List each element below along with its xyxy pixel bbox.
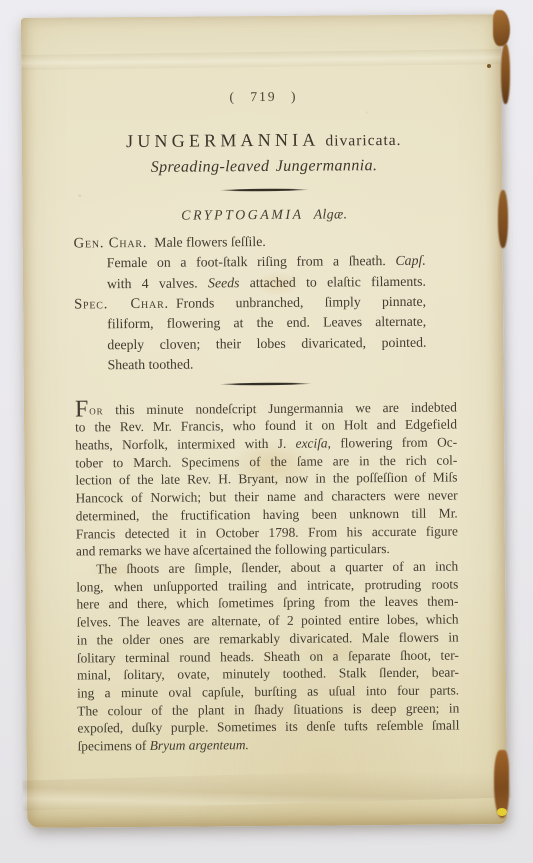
scanned-book-photo: ( 719 ) JUNGERMANNIAdivaricata. Spreadin… <box>0 0 533 863</box>
text-run: tober to March. Specimens of the ſame ar… <box>75 452 457 470</box>
text-run: determined, the fructification having be… <box>76 505 458 523</box>
text-run: Capſ. <box>395 253 425 268</box>
text-run: Seeds <box>208 275 240 290</box>
printed-content: ( 719 ) JUNGERMANNIAdivaricata. Spreadin… <box>72 14 460 755</box>
text-line: deeply cloven; their lobes divaricated, … <box>74 333 426 356</box>
text-run: here and there, which ſometimes ſpring f… <box>76 594 458 612</box>
text-run: ſelves. The leaves are alternate, of 2 p… <box>77 612 459 630</box>
body-paragraph: The ſhoots are ſimple, ſlender, about a … <box>76 557 460 755</box>
text-run: or <box>89 402 103 417</box>
swelled-rule <box>210 188 318 193</box>
species-name: divaricata. <box>325 132 401 150</box>
text-run: with 4 valves. <box>107 275 208 291</box>
text-run: Sheath toothed. <box>107 357 193 373</box>
text-run: long, when unſupported trailing and intr… <box>76 576 458 594</box>
text-run: Hancock of Norwich; but their name and c… <box>76 488 458 506</box>
text-run: heaths, Norfolk, intermixed with J. <box>75 436 296 453</box>
text-run: minal, ſolitary, ovate, minutely toothed… <box>77 665 459 683</box>
text-line: in the older ones are remarkably divaric… <box>77 628 459 649</box>
text-run: in the older ones are remarkably divaric… <box>77 629 459 647</box>
text-run: exciſa <box>296 436 328 451</box>
text-run: lection of the late Rev. H. Bryant, now … <box>75 470 457 488</box>
page-number: ( 719 ) <box>72 86 454 107</box>
class-name: CRYPTOGAMIA <box>181 207 304 223</box>
genus-name: JUNGERMANNIA <box>126 129 320 151</box>
text-run: this minute nondeſcript Jungermannia we … <box>103 399 457 417</box>
page-edge-wear <box>501 44 510 104</box>
text-line: ſpecimens of Bryum argenteum. <box>77 734 459 755</box>
text-run: expoſed, duſky purple. Sometimes its den… <box>77 718 459 736</box>
text-run: ſpecimens of <box>77 738 149 754</box>
order-name: Algæ. <box>314 206 348 221</box>
text-run: attached to elaſtic filaments. <box>239 273 426 289</box>
text-run: ing a minute oval capſule, burſting as u… <box>77 682 459 700</box>
page-title: JUNGERMANNIAdivaricata. <box>73 130 455 152</box>
text-run: Francis detected it in October 1798. Fro… <box>76 523 458 541</box>
text-line: Spec. Char.Fronds unbranched, ſimply pin… <box>74 292 426 315</box>
text-line: expoſed, duſky purple. Sometimes its den… <box>77 717 459 738</box>
text-run: to the Rev. Mr. Francis, who found it on… <box>75 417 457 435</box>
text-run: ſolitary terminal round heads. Sheath on… <box>77 647 459 665</box>
text-run: Bryum argenteum. <box>150 737 249 753</box>
page-fold-bottom <box>23 767 512 810</box>
text-run: Fronds unbranched, ſimply pinnate, <box>176 294 426 311</box>
text-run: , flowering from Oc- <box>328 435 458 451</box>
text-line: Francis detected it in October 1798. Fro… <box>76 522 458 543</box>
specific-character-block: Spec. Char.Fronds unbranched, ſimply pin… <box>74 292 427 376</box>
book-page: ( 719 ) JUNGERMANNIAdivaricata. Spreadin… <box>21 14 507 828</box>
body-paragraph: For this minute nondeſcript Jungermannia… <box>75 398 458 560</box>
text-run: Male flowers ſeſſile. <box>154 234 266 250</box>
text-run: Spec. Char. <box>74 296 169 313</box>
swelled-rule <box>210 381 322 386</box>
classification-line: CRYPTOGAMIAAlgæ. <box>73 205 455 226</box>
text-run: Female on a foot-ſtalk riſing from a ſhe… <box>107 253 396 270</box>
text-run: and remarks we have aſcertained the foll… <box>76 541 390 558</box>
text-run: Gen. Char. <box>74 235 148 252</box>
text-run: deeply cloven; their lobes divaricated, … <box>107 335 426 353</box>
text-run: The colour of the plant in ſhady ſituati… <box>77 700 459 718</box>
text-line: Gen. Char.Male flowers ſeſſile. <box>74 231 426 254</box>
text-line: Female on a foot-ſtalk riſing from a ſhe… <box>74 251 426 274</box>
text-line: with 4 valves. Seeds attached to elaſtic… <box>74 271 426 294</box>
text-line: Sheath toothed. <box>74 353 426 376</box>
text-line: filiform, flowering at the end. Leaves a… <box>74 312 426 335</box>
common-name-subtitle: Spreading-leaved Jungermannia. <box>73 157 455 178</box>
text-run: filiform, flowering at the end. Leaves a… <box>107 314 426 332</box>
generic-character-block: Gen. Char.Male flowers ſeſſile.Female on… <box>74 231 426 295</box>
text-run: The ſhoots are ſimple, ſlender, about a … <box>96 558 458 576</box>
